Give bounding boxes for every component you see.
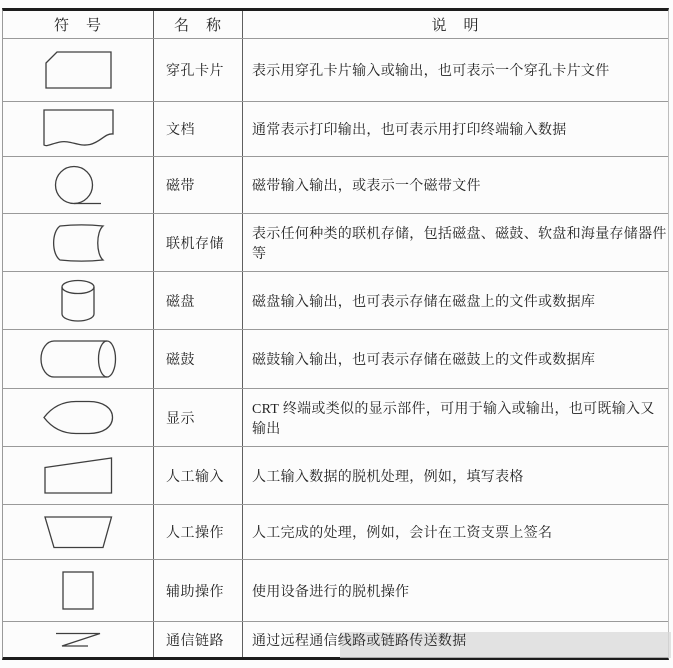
manual-operation-icon	[44, 516, 113, 549]
table-row: 磁带 磁带输入输出，或表示一个磁带文件	[3, 156, 668, 213]
name-cell: 联机存储	[154, 214, 243, 271]
display-icon	[43, 399, 114, 436]
description-cell: 通常表示打印输出，也可表示用打印终端输入数据	[243, 102, 668, 156]
name-cell: 人工输入	[154, 447, 243, 504]
table-row: 人工输入 人工输入数据的脱机处理，例如，填写表格	[3, 446, 668, 504]
name-cell: 通信链路	[154, 622, 243, 657]
symbol-cell	[3, 447, 154, 504]
magnetic-disk-icon	[61, 279, 95, 322]
header-name: 名 称	[154, 11, 243, 38]
symbol-cell	[3, 39, 154, 101]
name-cell: 磁鼓	[154, 330, 243, 388]
description-cell: 人工完成的处理，例如，会计在工资支票上签名	[243, 505, 668, 559]
name-cell: 文档	[154, 102, 243, 156]
symbol-cell	[3, 505, 154, 559]
flowchart-symbol-table: 符 号 名 称 说 明 穿孔卡片 表示用穿孔卡片输入或输出，也可表示一个穿孔卡片…	[2, 8, 669, 660]
table-row: 显示 CRT 终端或类似的显示部件，可用于输入或输出，也可既输入又输出	[3, 388, 668, 446]
name-cell: 辅助操作	[154, 560, 243, 621]
table-row: 文档 通常表示打印输出，也可表示用打印终端输入数据	[3, 101, 668, 156]
document-icon	[43, 109, 114, 149]
description-cell: 磁带输入输出，或表示一个磁带文件	[243, 157, 668, 213]
description-cell: 磁盘输入输出，也可表示存储在磁盘上的文件或数据库	[243, 272, 668, 329]
symbol-cell	[3, 330, 154, 388]
name-cell: 磁带	[154, 157, 243, 213]
description-cell: 磁鼓输入输出，也可表示存储在磁鼓上的文件或数据库	[243, 330, 668, 388]
table-row: 通信链路 通过远程通信线路或链路传送数据	[3, 621, 668, 657]
table-row: 穿孔卡片 表示用穿孔卡片输入或输出，也可表示一个穿孔卡片文件	[3, 38, 668, 101]
table-row: 磁鼓 磁鼓输入输出，也可表示存储在磁鼓上的文件或数据库	[3, 329, 668, 388]
table-row: 磁盘 磁盘输入输出，也可表示存储在磁盘上的文件或数据库	[3, 271, 668, 329]
online-storage-icon	[47, 224, 109, 262]
table-row: 辅助操作 使用设备进行的脱机操作	[3, 559, 668, 621]
symbol-cell	[3, 622, 154, 657]
symbol-cell	[3, 389, 154, 446]
name-cell: 磁盘	[154, 272, 243, 329]
table-row: 联机存储 表示任何种类的联机存储，包括磁盘、磁鼓、软盘和海量存储器件等	[3, 213, 668, 271]
table-row: 人工操作 人工完成的处理，例如，会计在工资支票上签名	[3, 504, 668, 559]
table-header-row: 符 号 名 称 说 明	[3, 11, 668, 38]
name-cell: 显示	[154, 389, 243, 446]
manual-input-icon	[44, 457, 113, 494]
description-cell: 人工输入数据的脱机处理，例如，填写表格	[243, 447, 668, 504]
description-cell: 使用设备进行的脱机操作	[243, 560, 668, 621]
symbol-cell	[3, 102, 154, 156]
header-description: 说 明	[243, 11, 668, 38]
description-cell: CRT 终端或类似的显示部件，可用于输入或输出，也可既输入又输出	[243, 389, 668, 446]
description-cell: 表示任何种类的联机存储，包括磁盘、磁鼓、软盘和海量存储器件等	[243, 214, 668, 271]
header-symbol: 符 号	[3, 11, 154, 38]
symbol-cell	[3, 157, 154, 213]
magnetic-drum-icon	[40, 340, 117, 378]
name-cell: 穿孔卡片	[154, 39, 243, 101]
punched-card-icon	[45, 51, 112, 89]
communication-link-icon	[55, 632, 102, 648]
magnetic-tape-icon	[54, 165, 102, 206]
symbol-cell	[3, 560, 154, 621]
description-cell: 表示用穿孔卡片输入或输出，也可表示一个穿孔卡片文件	[243, 39, 668, 101]
description-cell: 通过远程通信线路或链路传送数据	[243, 622, 668, 657]
symbol-cell	[3, 214, 154, 271]
name-cell: 人工操作	[154, 505, 243, 559]
auxiliary-operation-icon	[62, 571, 94, 610]
symbol-cell	[3, 272, 154, 329]
